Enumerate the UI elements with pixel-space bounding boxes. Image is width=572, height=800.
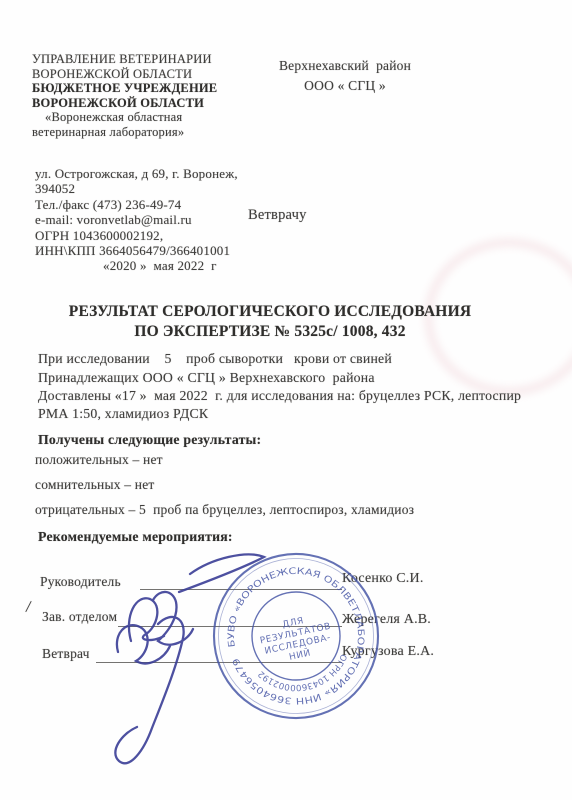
handwritten-signatures-overlay bbox=[0, 0, 572, 800]
director-signature-scribble bbox=[179, 554, 264, 592]
vet-signature-scribble bbox=[115, 617, 183, 763]
scanned-document-page: УПРАВЛЕНИЕ ВЕТЕРИНАРИИ ВОРОНЕЖСКОЙ ОБЛАС… bbox=[0, 0, 572, 800]
